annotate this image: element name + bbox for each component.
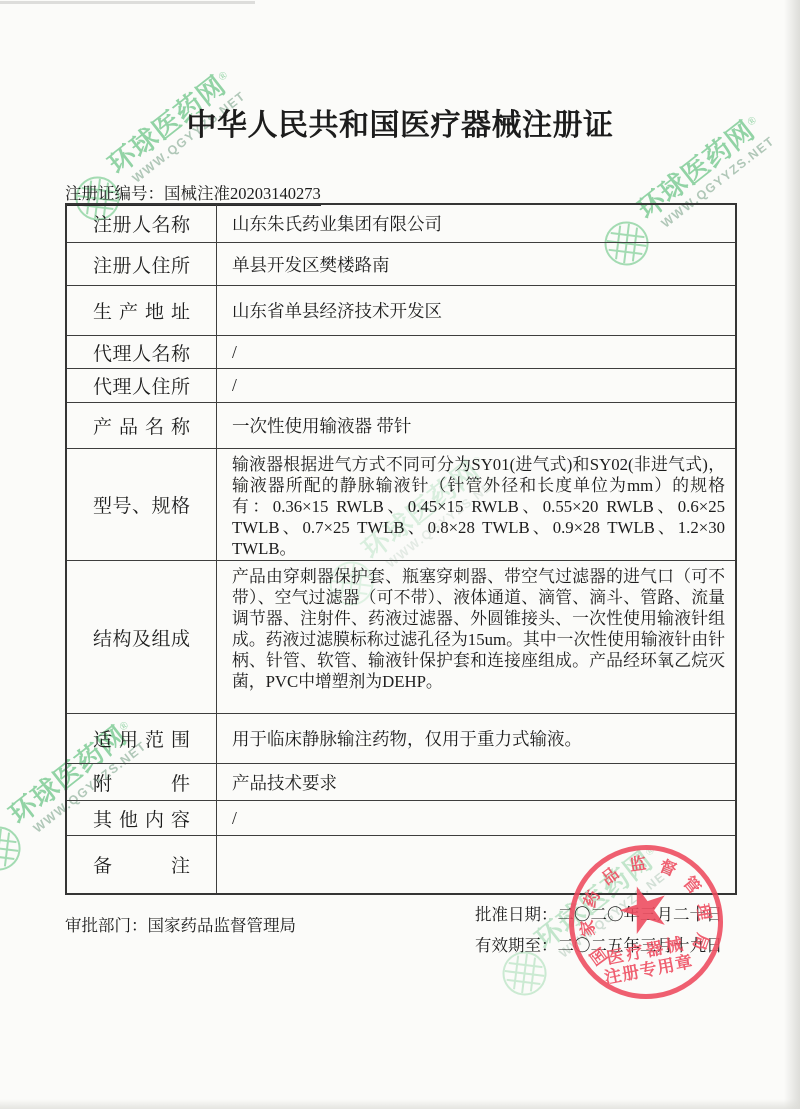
row-label: 其他内容 xyxy=(67,801,217,835)
certificate-number-label: 注册证编号： xyxy=(65,184,164,203)
row-value xyxy=(217,836,735,893)
row-value: 山东省单县经济技术开发区 xyxy=(217,286,735,335)
row-label: 代理人住所 xyxy=(67,369,217,402)
row-label: 备注 xyxy=(67,836,217,893)
row-label: 生产地址 xyxy=(67,286,217,335)
row-value: 产品由穿刺器保护套、瓶塞穿刺器、带空气过滤器的进气口（可不带）、空气过滤器（可不… xyxy=(217,561,735,713)
row-value: / xyxy=(217,801,735,835)
table-row-attachment: 附件 产品技术要求 xyxy=(67,763,735,800)
approval-department-line: 审批部门：国家药品监督管理局 xyxy=(65,912,296,936)
row-value: 用于临床静脉输注药物，仅用于重力式输液。 xyxy=(217,714,735,763)
row-label: 附件 xyxy=(67,764,217,800)
certificate-page: { "page": { "title": "中华人民共和国医疗器械注册证", "… xyxy=(0,0,800,1109)
table-row-registrant-name: 注册人名称 山东朱氏药业集团有限公司 xyxy=(67,205,735,242)
row-label: 注册人住所 xyxy=(67,243,217,285)
table-row-product-name: 产品名称 一次性使用输液器 带针 xyxy=(67,402,735,448)
certificate-number-value: 国械注准20203140273 xyxy=(164,184,321,203)
row-value: 单县开发区樊楼路南 xyxy=(217,243,735,285)
row-value: 一次性使用输液器 带针 xyxy=(217,403,735,448)
table-row-model-spec: 型号、规格 输液器根据进气方式不同可分为SY01(进气式)和SY02(非进气式)… xyxy=(67,448,735,560)
scan-artifact-bottom-edge xyxy=(0,1099,800,1109)
row-label: 型号、规格 xyxy=(67,449,217,560)
table-row-registrant-address: 注册人住所 单县开发区樊楼路南 xyxy=(67,242,735,285)
table-row-agent-address: 代理人住所 / xyxy=(67,368,735,402)
scan-artifact-top xyxy=(0,1,255,4)
row-value: 山东朱氏药业集团有限公司 xyxy=(217,205,735,242)
scan-artifact-right-edge xyxy=(784,0,800,1109)
table-row-remarks: 备注 xyxy=(67,835,735,893)
row-label: 代理人名称 xyxy=(67,336,217,368)
approval-date-line: 批准日期：二〇二〇年三月二十日 xyxy=(475,901,723,925)
row-value: 产品技术要求 xyxy=(217,764,735,800)
table-row-agent-name: 代理人名称 / xyxy=(67,335,735,368)
row-label: 注册人名称 xyxy=(67,205,217,242)
table-row-scope: 适用范围 用于临床静脉输注药物，仅用于重力式输液。 xyxy=(67,713,735,763)
globe-icon xyxy=(0,816,31,881)
table-row-production-address: 生产地址 山东省单县经济技术开发区 xyxy=(67,285,735,335)
row-value: 输液器根据进气方式不同可分为SY01(进气式)和SY02(非进气式)，输液器所配… xyxy=(217,449,735,560)
row-value: / xyxy=(217,336,735,368)
valid-until-line: 有效期至：二〇二五年三月十九日 xyxy=(475,932,723,956)
row-label: 结构及组成 xyxy=(67,561,217,713)
registered-mark-icon: ® xyxy=(216,68,231,83)
document-title: 中华人民共和国医疗器械注册证 xyxy=(0,100,800,144)
table-row-structure: 结构及组成 产品由穿刺器保护套、瓶塞穿刺器、带空气过滤器的进气口（可不带）、空气… xyxy=(67,560,735,713)
table-row-other: 其他内容 / xyxy=(67,800,735,835)
row-label: 产品名称 xyxy=(67,403,217,448)
row-label: 适用范围 xyxy=(67,714,217,763)
row-value: / xyxy=(217,369,735,402)
certificate-table: 注册人名称 山东朱氏药业集团有限公司 注册人住所 单县开发区樊楼路南 生产地址 … xyxy=(65,203,737,895)
